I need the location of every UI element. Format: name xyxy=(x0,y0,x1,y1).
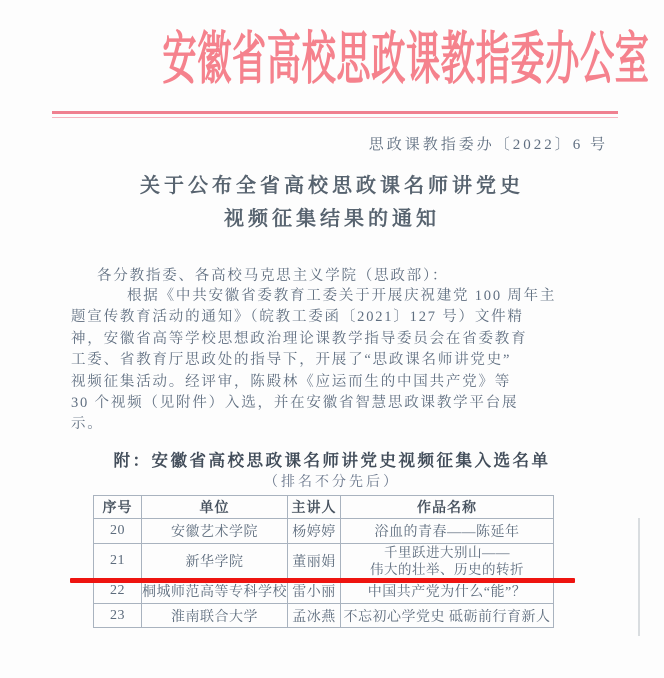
cell-unit: 安徽艺术学院 xyxy=(142,519,288,544)
table-row: 20 安徽艺术学院 杨婷婷 浴血的青春——陈延年 xyxy=(94,519,554,544)
body-line: 工委、省教育厅思政处的指导下，开展了“思政课名师讲党史” xyxy=(71,350,616,371)
column-header-work: 作品名称 xyxy=(341,496,554,519)
column-header-no: 序号 xyxy=(94,496,142,519)
letterhead-separator-rule xyxy=(52,111,618,114)
salutation: 各分教指委、各高校马克思主义学院（思政部）： xyxy=(97,264,448,285)
body-line: 题宣传教育活动的通知》（皖教工委函〔2021〕127 号）文件精 xyxy=(71,307,616,328)
notice-title-line2: 视频征集结果的通知 xyxy=(0,203,664,236)
cell-speaker: 孟冰燕 xyxy=(288,604,341,628)
body-line: 神，安徽省高等学校思想政治理论课教学指导委员会在省委教育 xyxy=(71,329,616,350)
notice-title: 关于公布全省高校思政课名师讲党史 视频征集结果的通知 xyxy=(0,170,664,236)
table-row: 23 淮南联合大学 孟冰燕 不忘初心学党史 砥砺前行育新人 xyxy=(94,604,554,628)
table-header-row: 序号 单位 主讲人 作品名称 xyxy=(94,496,554,519)
scan-artifact-line xyxy=(638,518,640,636)
body-line: 视频征集活动。经评审，陈殿林《应运而生的中国共产党》等 xyxy=(71,372,616,393)
cell-work: 千里跃进大别山—— 伟大的壮举、历史的转折 xyxy=(341,544,554,579)
letterhead-org-title: 安徽省高校思政课教指委办公室 xyxy=(0,28,664,92)
attachment-heading: 附：安徽省高校思政课名师讲党史视频征集入选名单 xyxy=(0,447,664,471)
cell-no: 20 xyxy=(94,519,142,544)
body-line: 根据《中共安徽省委教育工委关于开展庆祝建党 100 周年主 xyxy=(71,286,616,307)
letterhead-separator-rule-thin xyxy=(52,117,618,118)
body-line: 30 个视频（见附件）入选，并在安徽省智慧思政课教学平台展 xyxy=(71,393,616,414)
letterhead-org-title-text: 安徽省高校思政课教指委办公室 xyxy=(162,28,649,92)
column-header-speaker: 主讲人 xyxy=(288,496,341,519)
document-number: 思政课教指委办〔2022〕6 号 xyxy=(369,133,608,154)
cell-speaker: 董丽娟 xyxy=(288,544,341,579)
cell-no: 21 xyxy=(94,544,142,579)
selected-works-table: 序号 单位 主讲人 作品名称 20 安徽艺术学院 杨婷婷 浴血的青春——陈延年 … xyxy=(93,495,554,628)
notice-title-line1: 关于公布全省高校思政课名师讲党史 xyxy=(0,170,664,203)
body-line: 示。 xyxy=(71,414,616,435)
attachment-ranking-note: （排名不分先后） xyxy=(0,471,664,491)
column-header-unit: 单位 xyxy=(142,496,288,519)
cell-speaker: 杨婷婷 xyxy=(288,519,341,544)
scanned-notice-document: 安徽省高校思政课教指委办公室 思政课教指委办〔2022〕6 号 关于公布全省高校… xyxy=(0,0,664,678)
cell-unit: 淮南联合大学 xyxy=(142,604,288,628)
cell-no: 23 xyxy=(94,604,142,628)
red-marker-underline-annotation xyxy=(70,578,575,583)
cell-unit: 新华学院 xyxy=(142,544,288,579)
notice-body: 根据《中共安徽省委教育工委关于开展庆祝建党 100 周年主 题宣传教育活动的通知… xyxy=(71,286,616,436)
cell-work: 浴血的青春——陈延年 xyxy=(341,519,554,544)
cell-work: 不忘初心学党史 砥砺前行育新人 xyxy=(341,604,554,628)
table-row-highlighted: 21 新华学院 董丽娟 千里跃进大别山—— 伟大的壮举、历史的转折 xyxy=(94,544,554,579)
